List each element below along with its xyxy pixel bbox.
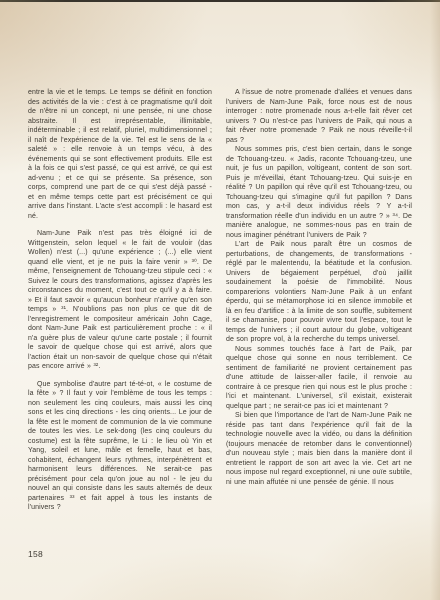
photo-top-edge: [0, 0, 440, 2]
paragraph: L'art de Paik nous paraît être un cosmos…: [226, 240, 412, 345]
paragraph: entre la vie et le temps. Le temps se dé…: [28, 88, 212, 221]
book-page-scan: entre la vie et le temps. Le temps se dé…: [0, 0, 440, 600]
paragraph: Nam-June Paik n'est pas très éloigné ici…: [28, 229, 212, 372]
page-number: 158: [28, 549, 43, 559]
paragraph: A l'issue de notre promenade d'allées et…: [226, 88, 412, 145]
paragraph: Si bien que l'importance de l'art de Nam…: [226, 411, 412, 487]
paragraph: Que symbolise d'autre part té-té-ot, « l…: [28, 380, 212, 513]
text-column-left: entre la vie et le temps. Le temps se dé…: [28, 88, 212, 513]
paragraph: Nous sommes touchés face à l'art de Paik…: [226, 345, 412, 412]
paragraph: Nous sommes pris, c'est bien certain, da…: [226, 145, 412, 240]
text-column-right: A l'issue de notre promenade d'allées et…: [226, 88, 412, 513]
text-block: entre la vie et le temps. Le temps se dé…: [28, 88, 412, 513]
